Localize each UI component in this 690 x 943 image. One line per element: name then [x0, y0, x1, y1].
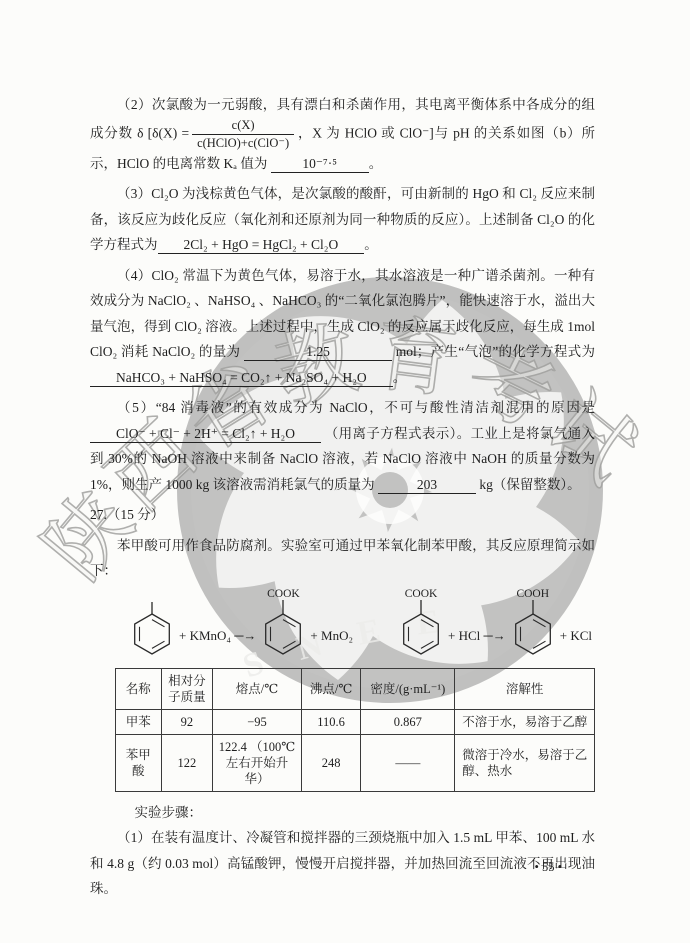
header-molar-mass: 相对分子质量	[161, 668, 213, 709]
cooh-label: COOH	[516, 588, 549, 600]
paragraph-q26-2: （2）次氯酸为一元弱酸，具有漂白和杀菌作用，其电离平衡体系中各成分的组成分数 δ…	[90, 92, 595, 176]
fraction-denominator: c(HClO)+c(ClO⁻)	[192, 135, 294, 151]
cook-label-1: COOK	[267, 588, 300, 600]
q26-5-text1: （5）“84 消毒液”的有效成分为 NaClO，不可与酸性清洁剂混用的原因是	[117, 400, 595, 415]
steps-title: 实验步骤：	[90, 800, 595, 826]
cell-toluene-density: 0.867	[361, 709, 455, 734]
reagent-hcl: + HCl ─→	[448, 628, 506, 644]
toluene-structure	[128, 600, 176, 660]
answer-blank-mol: 1.25	[244, 343, 392, 361]
document-page: 陕西省教育考试 S N E E A （2）次氯酸为一元弱酸，具有漂白和杀菌作用，…	[0, 0, 690, 943]
cell-benzoic-solubility: 微溶于冷水，易溶于乙醇、热水	[455, 734, 595, 791]
question-27-number: 27.（15 分）	[90, 502, 595, 528]
header-name: 名称	[116, 668, 162, 709]
header-melting-point: 熔点/℃	[213, 668, 302, 709]
table-row-benzoic-acid: 苯甲酸 122 122.4 （100℃左右开始升华） 248 —— 微溶于冷水，…	[116, 734, 595, 791]
q26-4-end: 。	[393, 370, 407, 385]
answer-blank-ka: 10⁻⁷·⁵	[271, 155, 369, 173]
header-boiling-point: 沸点/℃	[301, 668, 361, 709]
cell-toluene-mass: 92	[161, 709, 213, 734]
cell-benzoic-density: ——	[361, 734, 455, 791]
cook-label-2: COOK	[405, 588, 438, 600]
reaction-scheme: + KMnO₄ ─→ COOK + MnO₂ COOK	[128, 588, 595, 660]
exam-content: （2）次氯酸为一元弱酸，具有漂白和杀菌作用，其电离平衡体系中各成分的组成分数 δ…	[0, 0, 690, 902]
q26-4-text2: mol；产生“气泡”的化学方程式为	[396, 344, 595, 359]
q26-2-end: 。	[369, 156, 383, 171]
benzene-ring-cook1-icon	[259, 600, 307, 660]
benzene-ring-cook2-icon	[397, 600, 445, 660]
cell-toluene-solubility: 不溶于水，易溶于乙醇	[455, 709, 595, 734]
product-mno2: + MnO₂	[310, 628, 353, 644]
answer-blank-equation-bubbles: NaHCO₃ + NaHSO₄ = CO₂↑ + Na₂SO₄ + H₂O	[90, 369, 393, 387]
fraction-numerator: c(X)	[192, 118, 294, 135]
page-number: • 55 •	[534, 860, 562, 875]
cell-toluene-bp: 110.6	[301, 709, 361, 734]
product-kcl: + KCl	[560, 628, 592, 644]
table-header-row: 名称 相对分子质量 熔点/℃ 沸点/℃ 密度/(g·mL⁻¹) 溶解性	[116, 668, 595, 709]
q26-5-text3: kg（保留整数）。	[479, 477, 580, 492]
potassium-benzoate-structure-2: COOK	[397, 588, 445, 660]
cell-benzoic-mass: 122	[161, 734, 213, 791]
step-1: （1）在装有温度计、冷凝管和搅拌器的三颈烧瓶中加入 1.5 mL 甲苯、100 …	[90, 825, 595, 902]
answer-blank-kg: 203	[378, 476, 476, 494]
potassium-benzoate-structure-1: COOK	[259, 588, 307, 660]
cell-benzoic-name: 苯甲酸	[116, 734, 162, 791]
header-solubility: 溶解性	[455, 668, 595, 709]
paragraph-q26-5: （5）“84 消毒液”的有效成分为 NaClO，不可与酸性清洁剂混用的原因是 C…	[90, 395, 595, 497]
paragraph-q26-4: （4）ClO₂ 常温下为黄色气体，易溶于水，其水溶液是一种广谱杀菌剂。一种有效成…	[90, 263, 595, 391]
cell-benzoic-mp: 122.4 （100℃左右开始升华）	[213, 734, 302, 791]
header-density: 密度/(g·mL⁻¹)	[361, 668, 455, 709]
delta-fraction: c(X)c(HClO)+c(ClO⁻)	[192, 118, 294, 151]
benzoic-acid-structure: COOH	[509, 588, 557, 660]
cell-benzoic-bp: 248	[301, 734, 361, 791]
cell-toluene-name: 甲苯	[116, 709, 162, 734]
table-row-toluene: 甲苯 92 −95 110.6 0.867 不溶于水，易溶于乙醇	[116, 709, 595, 734]
cell-toluene-mp: −95	[213, 709, 302, 734]
paragraph-q26-3: （3）Cl₂O 为浅棕黄色气体，是次氯酸的酸酐，可由新制的 HgO 和 Cl₂ …	[90, 181, 595, 258]
answer-blank-ionic-equation: ClO⁻ + Cl⁻ + 2H⁺ = Cl₂↑ + H₂O	[90, 425, 321, 443]
benzene-ring-toluene-icon	[128, 600, 176, 660]
reagent-kmno4: + KMnO₄ ─→	[179, 628, 256, 644]
q26-3-end: 。	[364, 237, 378, 252]
properties-table: 名称 相对分子质量 熔点/℃ 沸点/℃ 密度/(g·mL⁻¹) 溶解性 甲苯 9…	[115, 668, 595, 792]
answer-blank-equation-cl2o: 2Cl₂ + HgO = HgCl₂ + Cl₂O	[158, 236, 365, 254]
question-27-intro: 苯甲酸可用作食品防腐剂。实验室可通过甲苯氧化制苯甲酸，其反应原理简示如下：	[90, 533, 595, 584]
benzene-ring-cooh-icon	[509, 600, 557, 660]
